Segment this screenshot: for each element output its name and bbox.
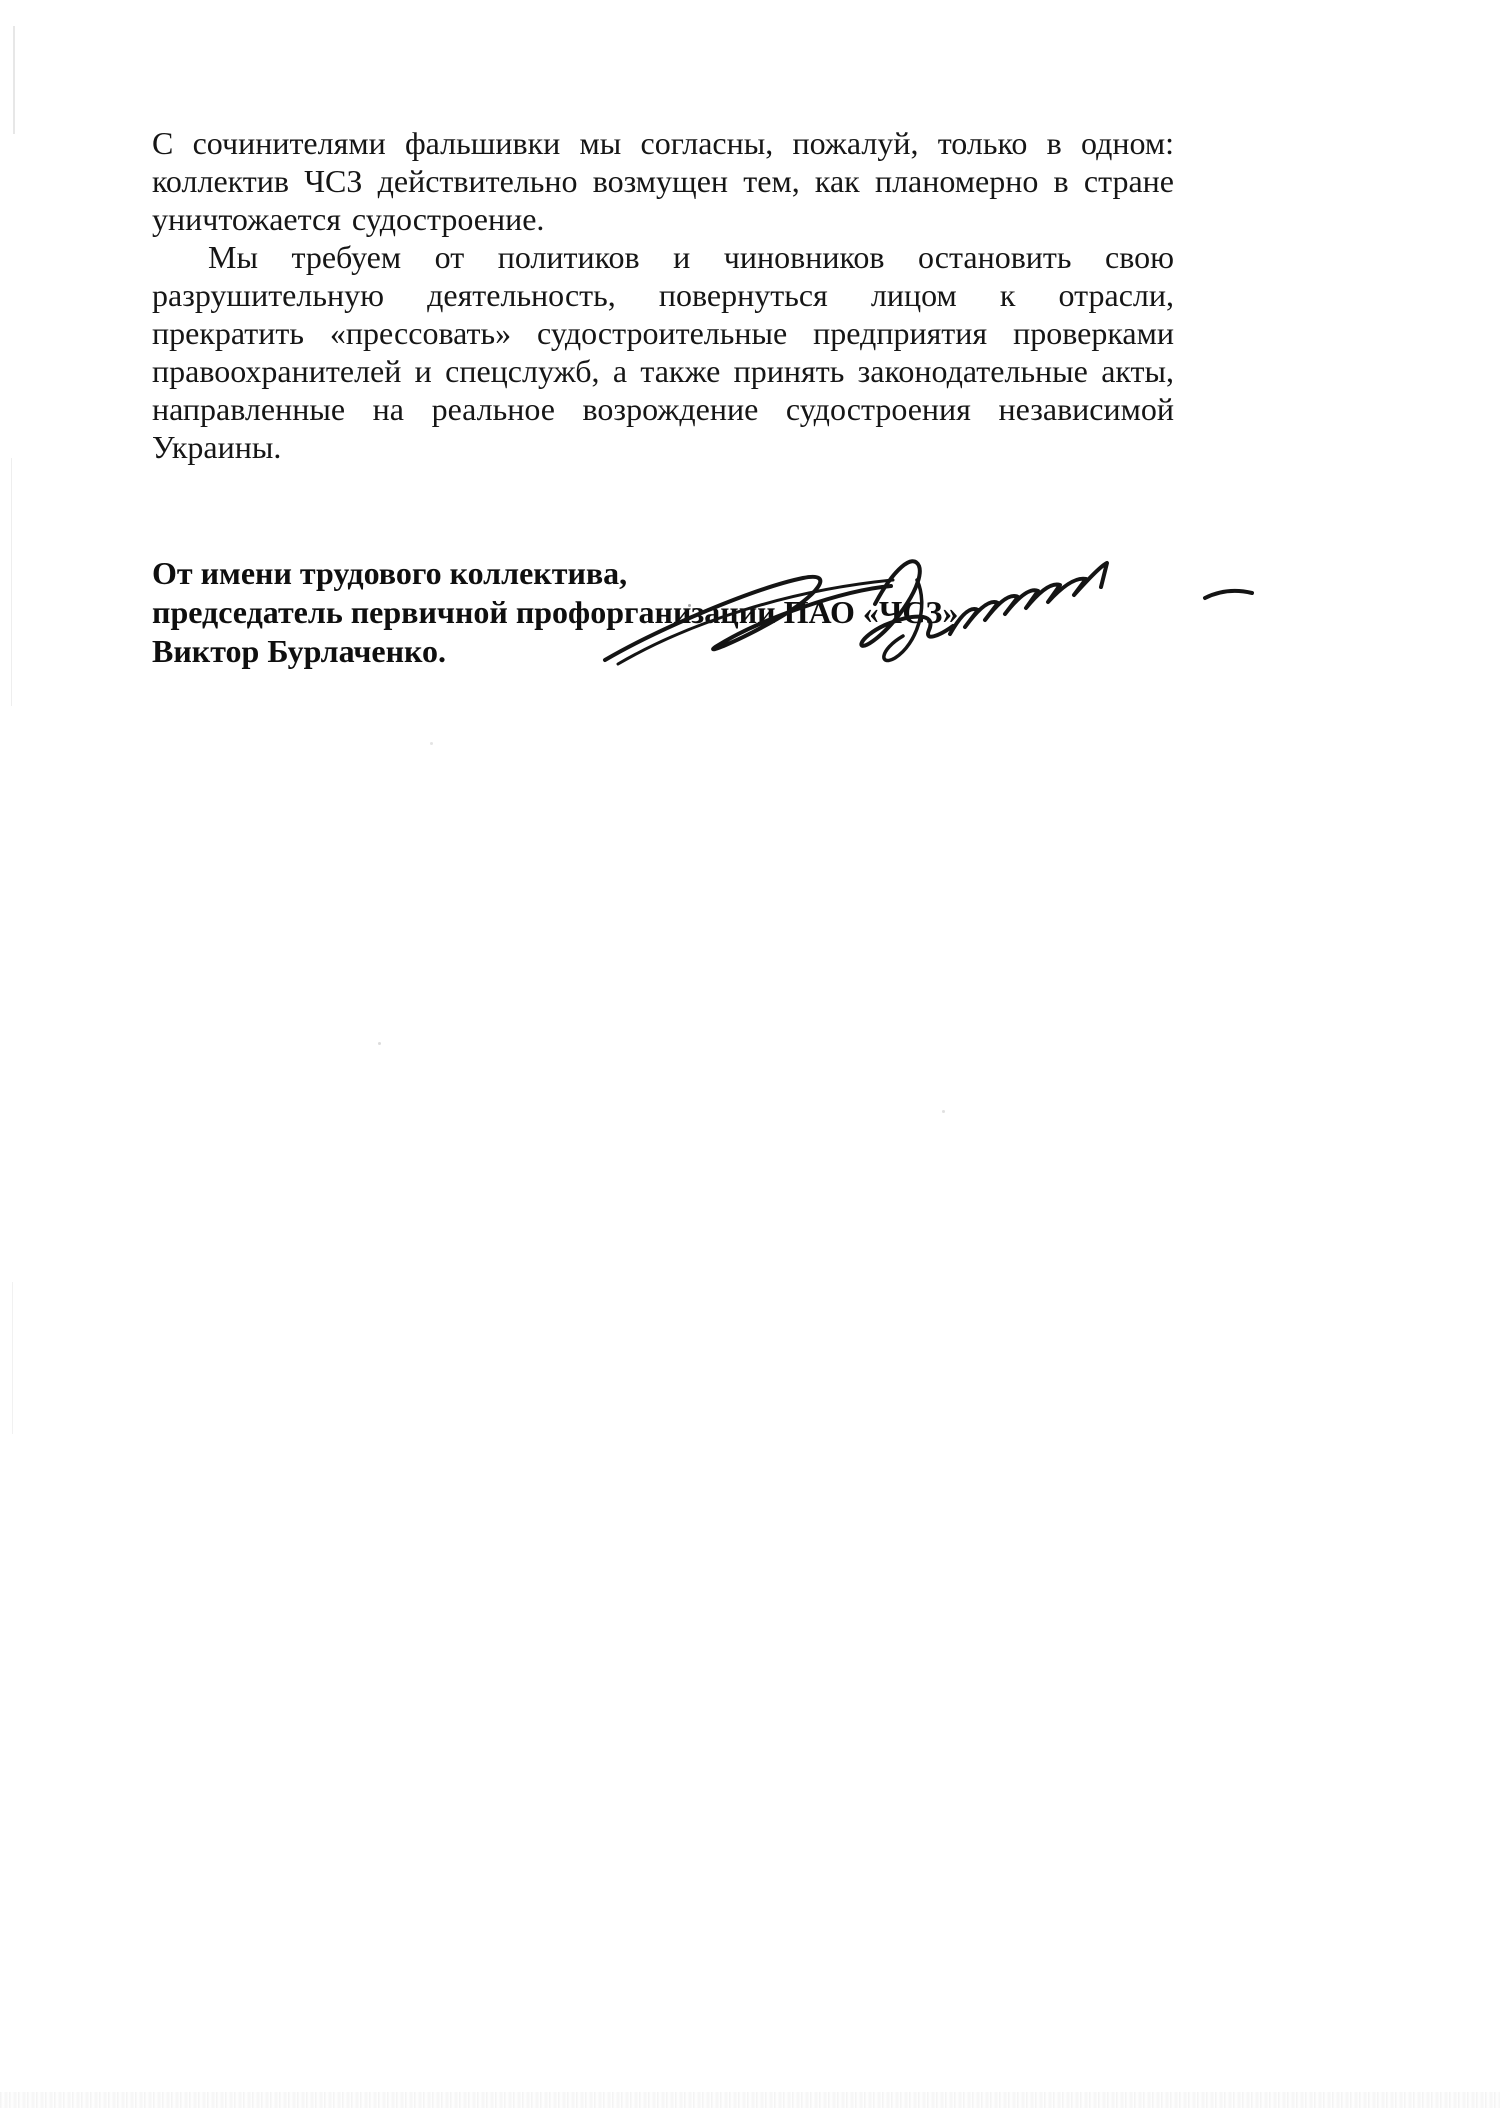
scan-artifact-line (11, 458, 12, 706)
scan-bottom-noise (0, 2092, 1500, 2108)
paragraph-2: Мы требуем от политиков и чиновников ост… (152, 238, 1174, 466)
handwritten-signature-icon (455, 540, 1265, 670)
scan-speckle (688, 604, 691, 607)
scan-artifact-line (12, 1282, 13, 1434)
scan-artifact-line (13, 26, 15, 134)
scan-speckle (942, 1110, 945, 1113)
paragraph-1: С сочинителями фальшивки мы согласны, по… (152, 124, 1174, 238)
scan-speckle (430, 742, 433, 745)
scanned-document-page: С сочинителями фальшивки мы согласны, по… (0, 0, 1500, 2108)
scan-speckle (378, 1042, 381, 1045)
